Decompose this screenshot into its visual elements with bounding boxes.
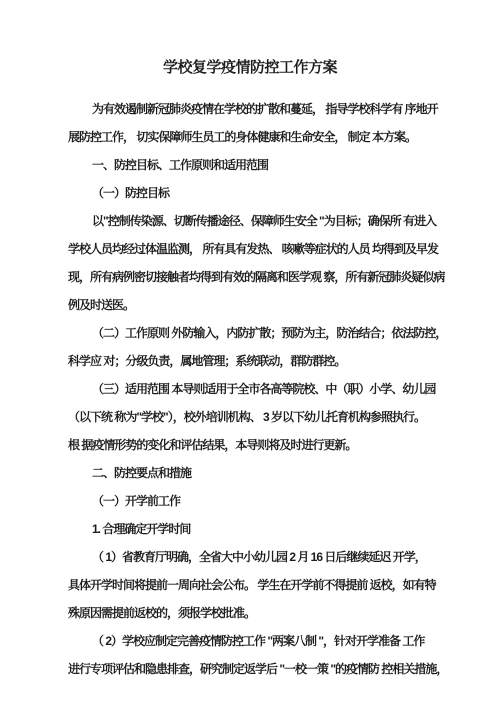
text-line: 展防控工作， 切实保障师生员工的身体健康和生命安全， 制定 本方案。 (68, 123, 470, 151)
text-line: 殊原因需提前返校的，须报学校批准。 (68, 599, 470, 627)
text-line: 为有效遏制新冠肺炎疫情在学校的扩散和蔓延， 指导学校科学有 序地开 (68, 95, 470, 123)
heading-line: 二、防控要点和措施 (68, 459, 470, 487)
text-line: （ 1）省教育厅明确，全省大中小幼儿园 2 月 16 日后继续延迟 开学， (68, 543, 470, 571)
document-title: 学校复学疫情防控工作方案 (0, 0, 500, 79)
text-line: 学校人员均经过体温监测， 所有具有发热、 咳嗽等症状的人员 均得到及早发 (68, 235, 470, 263)
heading-line: 1. 合理确定开学时间 (68, 515, 470, 543)
text-line: 例及时送医。 (68, 291, 470, 319)
heading-line: （一）防控目标 (68, 179, 470, 207)
heading-line: 一、防控目标、工作原则和适用范围 (68, 151, 470, 179)
text-line: （二）工作原则 外防输入，内防扩散；预防为主，防治结合；依法防控， (68, 319, 470, 347)
text-line: 根 据疫情形势的变化和评估结果，本导则将及时进行更新。 (68, 431, 470, 459)
text-line: 具体开学时间将提前一周向社会公布。 学生在开学前不得提前 返校，如有特 (68, 571, 470, 599)
text-line: 科学应 对；分级负责，属地管理；系统联动，群防群控。 (68, 347, 470, 375)
text-line: （以下统 称为"学校"），校外培训机构、 3 岁以下幼儿托育机构参照执行。 (68, 403, 470, 431)
document-body: 为有效遏制新冠肺炎疫情在学校的扩散和蔓延， 指导学校科学有 序地开展防控工作， … (0, 95, 500, 683)
text-line: （ 2）学校应制定完善疫情防控工作 "两案八制 "，针对开学准备 工作 (68, 627, 470, 655)
text-line: 现，所有病例密切接触者均得到有效的隔离和医学观 察，所有新冠肺炎疑似病 (68, 263, 470, 291)
heading-line: （一）开学前工作 (68, 487, 470, 515)
text-line: 进行专项评估和隐患排查，研究制定返学后 "一校一策 "的疫情防 控相关措施， (68, 655, 470, 683)
document-page: 学校复学疫情防控工作方案 为有效遏制新冠肺炎疫情在学校的扩散和蔓延， 指导学校科… (0, 0, 500, 708)
text-line: （三）适用范围 本导则适用于全市各高等院校、中（职）小学、幼儿园 (68, 375, 470, 403)
text-line: 以"控制传染源、切断传播途径、保障师生安全 "为目标；确保所 有进入 (68, 207, 470, 235)
